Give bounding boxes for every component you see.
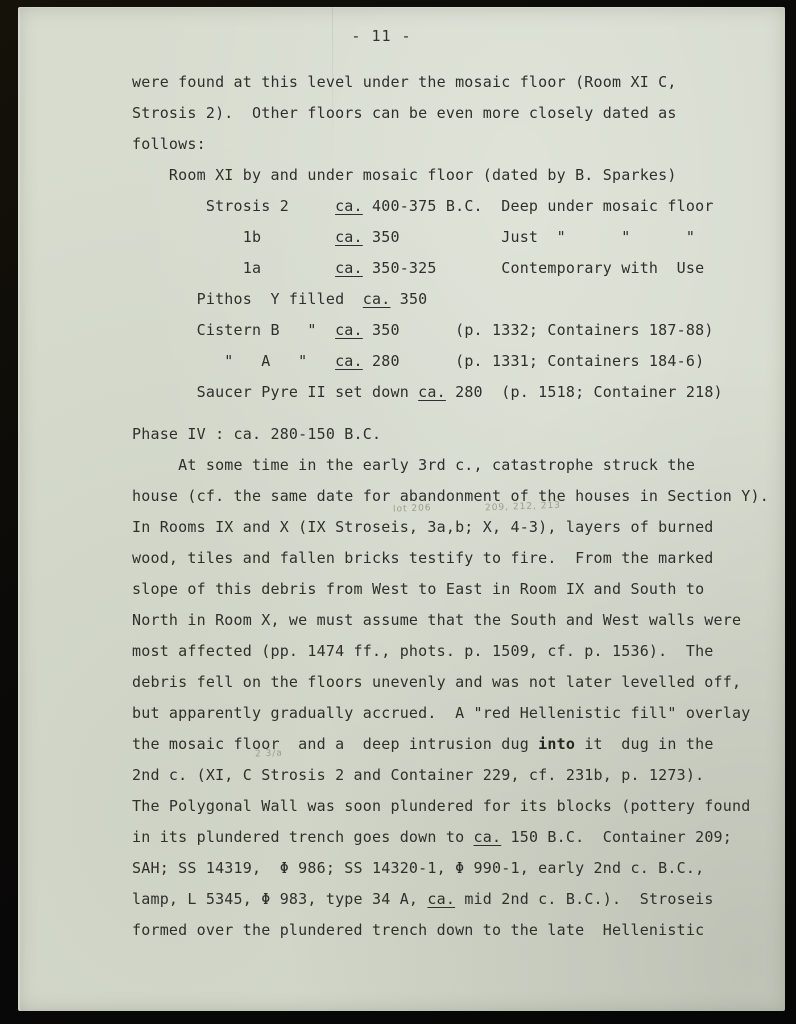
underlined-text: ca.	[418, 383, 446, 401]
text-segment: In Rooms IX and X (IX Stroseis, 3a,b; X,…	[132, 518, 714, 536]
text-segment: 280 (p. 1518; Container 218)	[446, 383, 723, 401]
text-segment: it dug in the	[575, 735, 713, 753]
text-segment: North in Room X, we must assume that the…	[132, 611, 741, 629]
typewritten-line: but apparently gradually accrued. A "red…	[132, 698, 792, 729]
text-segment: 280 (p. 1331; Containers 184-6)	[363, 352, 705, 370]
text-segment: Phase IV : ca. 280-150 B.C.	[132, 425, 381, 443]
text-segment: 350 (p. 1332; Containers 187-88)	[363, 321, 714, 339]
typewritten-line: the mosaic floor and a deep intrusion du…	[132, 729, 792, 760]
typewritten-line: Strosis 2). Other floors can be even mor…	[132, 98, 792, 129]
text-segment: but apparently gradually accrued. A "red…	[132, 704, 750, 722]
text-segment: 350 Just " " "	[363, 228, 695, 246]
underlined-text: ca.	[474, 828, 502, 846]
text-segment: follows:	[132, 135, 206, 153]
text-segment: 350-325 Contemporary with Use	[363, 259, 705, 277]
typewritten-line: were found at this level under the mosai…	[132, 67, 792, 98]
text-segment: were found at this level under the mosai…	[132, 73, 677, 91]
text-segment: The Polygonal Wall was soon plundered fo…	[132, 797, 750, 815]
text-segment: Room XI by and under mosaic floor (dated…	[132, 166, 677, 184]
text-segment: formed over the plundered trench down to…	[132, 921, 704, 939]
text-segment: Strosis 2	[132, 197, 335, 215]
text-segment: debris fell on the floors unevenly and w…	[132, 673, 741, 691]
text-segment: Cistern B "	[132, 321, 335, 339]
text-segment: Strosis 2). Other floors can be even mor…	[132, 104, 677, 122]
text-segment: 400-375 B.C. Deep under mosaic floor	[363, 197, 714, 215]
text-segment: house (cf. the same date for abandonment…	[132, 487, 769, 505]
typewritten-line: formed over the plundered trench down to…	[132, 915, 792, 946]
typewritten-line: North in Room X, we must assume that the…	[132, 605, 792, 636]
typewritten-line: 1a ca. 350-325 Contemporary with Use	[132, 253, 792, 284]
text-segment: in its plundered trench goes down to	[132, 828, 474, 846]
typewritten-line: lamp, L 5345, Φ 983, type 34 A, ca. mid …	[132, 884, 792, 915]
typewritten-line: Saucer Pyre II set down ca. 280 (p. 1518…	[132, 377, 792, 408]
page-number: - 11 -	[18, 27, 745, 45]
underlined-text: ca.	[335, 228, 363, 246]
text-segment: into	[538, 735, 575, 753]
text-segment: slope of this debris from West to East i…	[132, 580, 704, 598]
typewritten-line: The Polygonal Wall was soon plundered fo…	[132, 791, 792, 822]
underlined-text: ca.	[335, 197, 363, 215]
text-segment: Pithos Y filled	[132, 290, 363, 308]
typewritten-line: slope of this debris from West to East i…	[132, 574, 792, 605]
typewritten-line: In Rooms IX and X (IX Stroseis, 3a,b; X,…	[132, 512, 792, 543]
typewritten-text-block: were found at this level under the mosai…	[132, 67, 792, 946]
pencil-annotation: lot 206	[393, 503, 432, 514]
typewritten-line: follows:	[132, 129, 792, 160]
typewritten-line: 1b ca. 350 Just " " "	[132, 222, 792, 253]
text-segment: the mosaic floor and a deep intrusion du…	[132, 735, 538, 753]
typewritten-line: Phase IV : ca. 280-150 B.C.	[132, 419, 792, 450]
text-segment: Saucer Pyre II set down	[132, 383, 418, 401]
underlined-text: ca.	[363, 290, 391, 308]
text-segment: SAH; SS 14319, Φ 986; SS 14320-1, Φ 990-…	[132, 859, 704, 877]
typewritten-line: in its plundered trench goes down to ca.…	[132, 822, 792, 853]
text-segment: wood, tiles and fallen bricks testify to…	[132, 549, 714, 567]
typewritten-line: house (cf. the same date for abandonment…	[132, 481, 792, 512]
typewritten-line: most affected (pp. 1474 ff., phots. p. 1…	[132, 636, 792, 667]
text-segment: lamp, L 5345, Φ 983, type 34 A,	[132, 890, 427, 908]
text-segment: 2nd c. (XI, C Strosis 2 and Container 22…	[132, 766, 704, 784]
text-segment: mid 2nd c. B.C.). Stroseis	[455, 890, 713, 908]
text-segment: 150 B.C. Container 209;	[501, 828, 732, 846]
text-segment: " A "	[132, 352, 335, 370]
typewritten-line: At some time in the early 3rd c., catast…	[132, 450, 792, 481]
typewritten-line: debris fell on the floors unevenly and w…	[132, 667, 792, 698]
text-segment: 1a	[132, 259, 335, 277]
text-segment: At some time in the early 3rd c., catast…	[132, 456, 695, 474]
typewritten-line: wood, tiles and fallen bricks testify to…	[132, 543, 792, 574]
typewritten-line: Pithos Y filled ca. 350	[132, 284, 792, 315]
underlined-text: ca.	[335, 259, 363, 277]
text-segment: 350	[390, 290, 427, 308]
typewritten-line: Cistern B " ca. 350 (p. 1332; Containers…	[132, 315, 792, 346]
typewritten-line: 2nd c. (XI, C Strosis 2 and Container 22…	[132, 760, 792, 791]
text-segment: most affected (pp. 1474 ff., phots. p. 1…	[132, 642, 714, 660]
document-page: - 11 - were found at this level under th…	[18, 7, 785, 1011]
underlined-text: ca.	[427, 890, 455, 908]
pencil-annotation: 2 3/a	[255, 749, 283, 760]
text-segment: 1b	[132, 228, 335, 246]
underlined-text: ca.	[335, 321, 363, 339]
underlined-text: ca.	[335, 352, 363, 370]
typewritten-line: " A " ca. 280 (p. 1331; Containers 184-6…	[132, 346, 792, 377]
typewritten-line: SAH; SS 14319, Φ 986; SS 14320-1, Φ 990-…	[132, 853, 792, 884]
typewritten-line: Room XI by and under mosaic floor (dated…	[132, 160, 792, 191]
typewritten-line: Strosis 2 ca. 400-375 B.C. Deep under mo…	[132, 191, 792, 222]
